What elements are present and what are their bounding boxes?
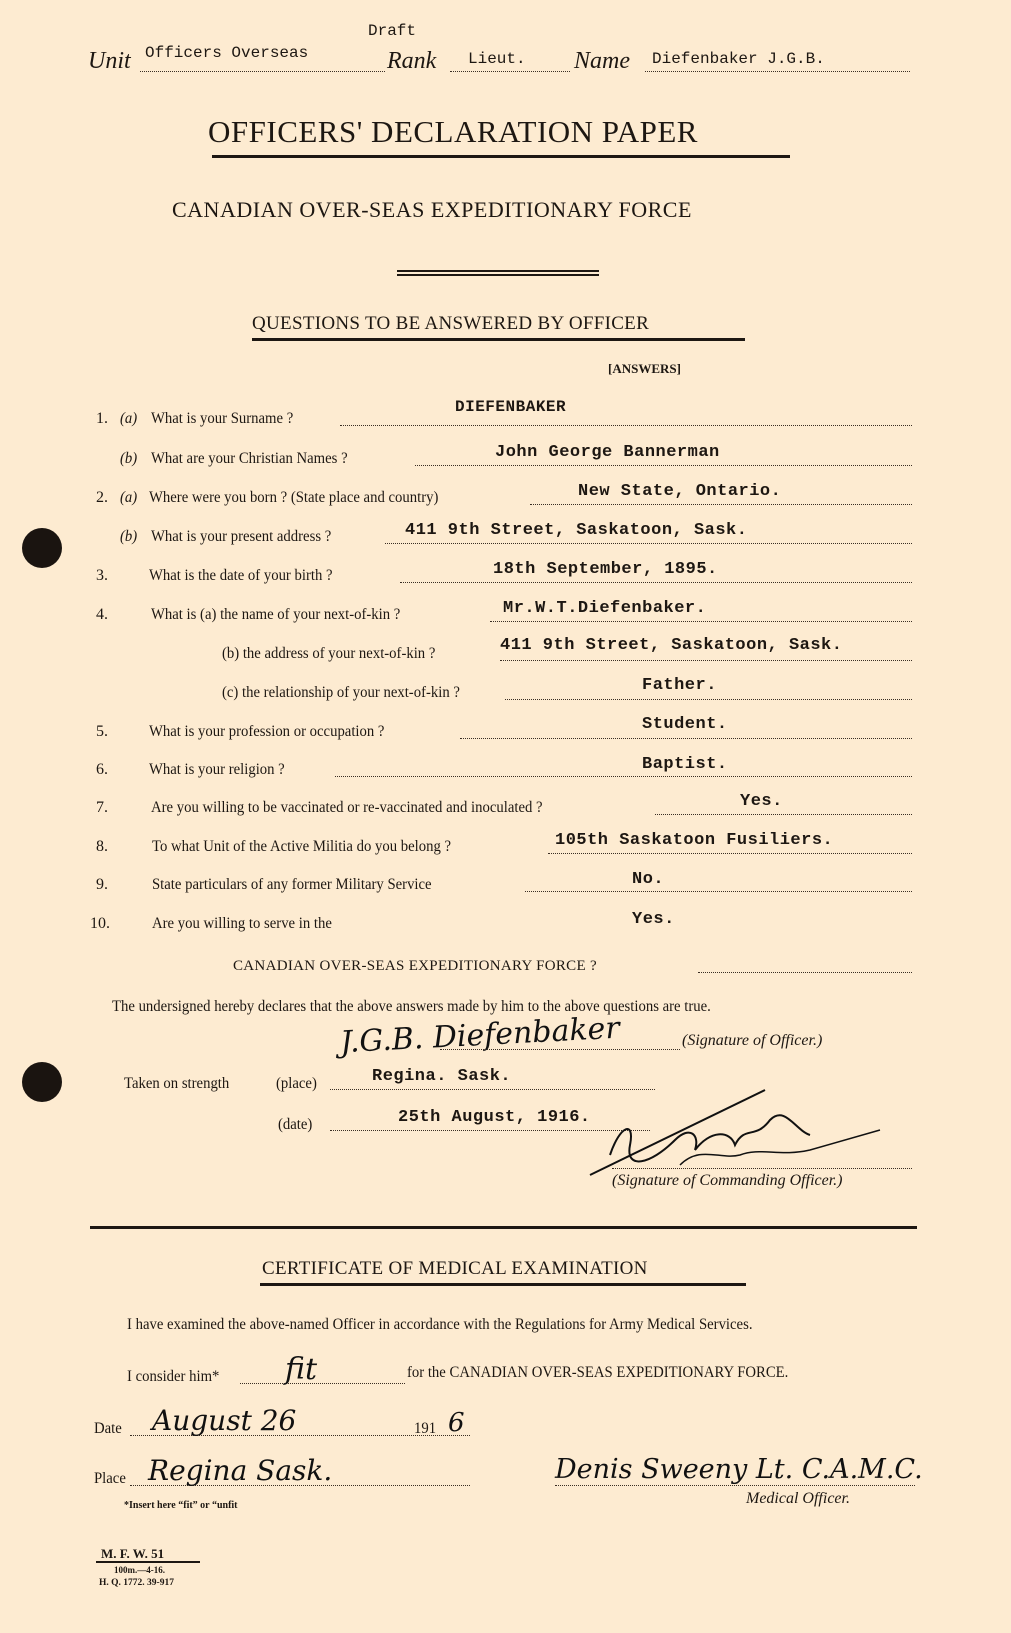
answer-former-service[interactable]: No. <box>632 870 664 889</box>
page-subtitle: CANADIAN OVER-SEAS EXPEDITIONARY FORCE <box>172 197 692 223</box>
medical-year-suffix[interactable]: 6 <box>448 1408 465 1438</box>
question-number: 9. <box>96 876 108 894</box>
answers-column-label: [ANSWERS] <box>608 361 681 377</box>
answer-line <box>525 891 912 892</box>
answer-willing-to-serve[interactable]: Yes. <box>632 910 675 929</box>
rank-value: Lieut. <box>468 50 526 68</box>
medical-year-prefix: 191 <box>414 1420 436 1438</box>
rank-label: Rank <box>387 48 436 75</box>
answer-line <box>548 853 912 854</box>
section-divider <box>90 1226 917 1229</box>
title-underline <box>212 155 790 158</box>
punch-hole-top <box>22 528 62 568</box>
medical-signature-line <box>555 1485 915 1486</box>
answer-birthplace[interactable]: New State, Ontario. <box>578 482 781 501</box>
answer-religion[interactable]: Baptist. <box>642 755 728 774</box>
punch-hole-bottom <box>22 1062 62 1102</box>
answer-line <box>385 543 912 544</box>
answer-line <box>335 776 912 777</box>
consider-line <box>240 1383 405 1384</box>
question-text: (c) the relationship of your next-of-kin… <box>222 684 460 702</box>
date-label: (date) <box>278 1116 312 1134</box>
medical-date-value[interactable]: August 26 <box>152 1404 296 1437</box>
answer-surname[interactable]: DIEFENBAKER <box>455 398 566 416</box>
medical-place-label: Place <box>94 1470 126 1488</box>
co-signature-label: (Signature of Commanding Officer.) <box>612 1172 843 1190</box>
unit-value: Officers Overseas <box>145 44 308 62</box>
answer-next-of-kin-name[interactable]: Mr.W.T.Diefenbaker. <box>503 599 706 618</box>
question-text: What is your profession or occupation ? <box>149 723 384 741</box>
answer-christian-names[interactable]: John George Bannerman <box>495 443 720 462</box>
unit-label: Unit <box>88 48 131 75</box>
question-text: What is the date of your birth ? <box>149 567 333 585</box>
answer-next-of-kin-address[interactable]: 411 9th Street, Saskatoon, Sask. <box>500 636 842 655</box>
medical-officer-label: Medical Officer. <box>746 1490 850 1508</box>
question-sub: (a) <box>120 489 137 507</box>
officer-signature-line <box>440 1049 680 1050</box>
name-dotted-line <box>645 71 910 72</box>
answer-line <box>530 504 912 505</box>
fitness-verdict[interactable]: fit <box>285 1352 317 1387</box>
form-code-line1: 100m.—4-16. <box>114 1565 165 1575</box>
answer-line <box>655 814 912 815</box>
taken-on-strength-place[interactable]: Regina. Sask. <box>372 1067 511 1086</box>
question-text: What is your present address ? <box>151 528 331 546</box>
answer-line <box>400 582 912 583</box>
officer-signature-label: (Signature of Officer.) <box>682 1032 822 1050</box>
question-number: 4. <box>96 606 108 624</box>
form-code: M. F. W. 51 <box>101 1546 164 1562</box>
question-number: 8. <box>96 838 108 856</box>
question-text: Are you willing to be vaccinated or re-v… <box>151 799 543 817</box>
question-number: 1. <box>96 410 108 428</box>
question-text: Are you willing to serve in the <box>152 915 332 933</box>
unit-dotted-line <box>140 71 385 72</box>
answer-line <box>460 738 912 739</box>
question-text: State particulars of any former Military… <box>152 876 432 894</box>
medical-officer-signature: Denis Sweeny Lt. C.A.M.C. <box>555 1454 923 1485</box>
taken-on-strength-date[interactable]: 25th August, 1916. <box>398 1108 591 1127</box>
answer-next-of-kin-relationship[interactable]: Father. <box>642 676 717 695</box>
page-title: OFFICERS' DECLARATION PAPER <box>208 114 698 150</box>
questions-heading: QUESTIONS TO BE ANSWERED BY OFFICER <box>252 313 649 335</box>
answer-line <box>698 972 912 973</box>
question-text: What are your Christian Names ? <box>151 450 348 468</box>
co-signature-line <box>612 1168 912 1169</box>
question-number: 3. <box>96 567 108 585</box>
rank-dotted-line <box>450 71 570 72</box>
answer-militia-unit[interactable]: 105th Saskatoon Fusiliers. <box>555 831 833 850</box>
form-code-underline <box>96 1561 200 1563</box>
medical-statement: I have examined the above-named Officer … <box>127 1316 752 1334</box>
question-text: What is (a) the name of your next-of-kin… <box>151 606 400 624</box>
officer-signature: J.G.B. Diefenbaker <box>339 1011 620 1061</box>
question-number: 6. <box>96 761 108 779</box>
consider-suffix: for the CANADIAN OVER-SEAS EXPEDITIONARY… <box>407 1364 788 1382</box>
unit-draft-note: Draft <box>368 22 416 40</box>
commanding-officer-signature-mark <box>580 1085 900 1180</box>
answer-occupation[interactable]: Student. <box>642 715 728 734</box>
place-label: (place) <box>276 1075 317 1093</box>
medical-heading-underline <box>260 1283 746 1286</box>
question-sub: (a) <box>120 410 137 428</box>
consider-label: I consider him* <box>127 1368 219 1386</box>
question-text: To what Unit of the Active Militia do yo… <box>152 838 451 856</box>
answer-vaccination[interactable]: Yes. <box>740 792 783 811</box>
double-rule-bottom <box>397 274 599 276</box>
question-text: (b) the address of your next-of-kin ? <box>222 645 435 663</box>
medical-heading: CERTIFICATE OF MEDICAL EXAMINATION <box>262 1258 648 1280</box>
taken-on-strength-label: Taken on strength <box>124 1075 229 1093</box>
medical-place-value[interactable]: Regina Sask. <box>148 1454 332 1487</box>
double-rule-top <box>397 270 599 272</box>
answer-line <box>340 425 912 426</box>
questions-heading-underline <box>252 338 745 341</box>
question-number: 10. <box>90 915 110 933</box>
question-text: Where were you born ? (State place and c… <box>149 489 438 507</box>
name-value: Diefenbaker J.G.B. <box>652 50 825 68</box>
name-label: Name <box>574 48 630 75</box>
answer-present-address[interactable]: 411 9th Street, Saskatoon, Sask. <box>405 521 747 540</box>
medical-footnote: *Insert here “fit” or “unfit <box>124 1500 238 1511</box>
question-number: 5. <box>96 723 108 741</box>
answer-line <box>500 660 912 661</box>
question-sub: (b) <box>120 450 137 468</box>
question-number: 7. <box>96 799 108 817</box>
medical-date-label: Date <box>94 1420 122 1438</box>
declaration-text: The undersigned hereby declares that the… <box>112 998 711 1016</box>
question-sub: (b) <box>120 528 137 546</box>
form-code-line2: H. Q. 1772. 39-917 <box>99 1578 174 1588</box>
question-text: What is your Surname ? <box>151 410 293 428</box>
q10-continuation: CANADIAN OVER-SEAS EXPEDITIONARY FORCE ? <box>233 958 597 975</box>
answer-line <box>505 699 912 700</box>
answer-line <box>490 621 912 622</box>
answer-birth-date[interactable]: 18th September, 1895. <box>493 560 718 579</box>
question-number: 2. <box>96 489 108 507</box>
answer-line <box>415 465 912 466</box>
question-text: What is your religion ? <box>149 761 285 779</box>
